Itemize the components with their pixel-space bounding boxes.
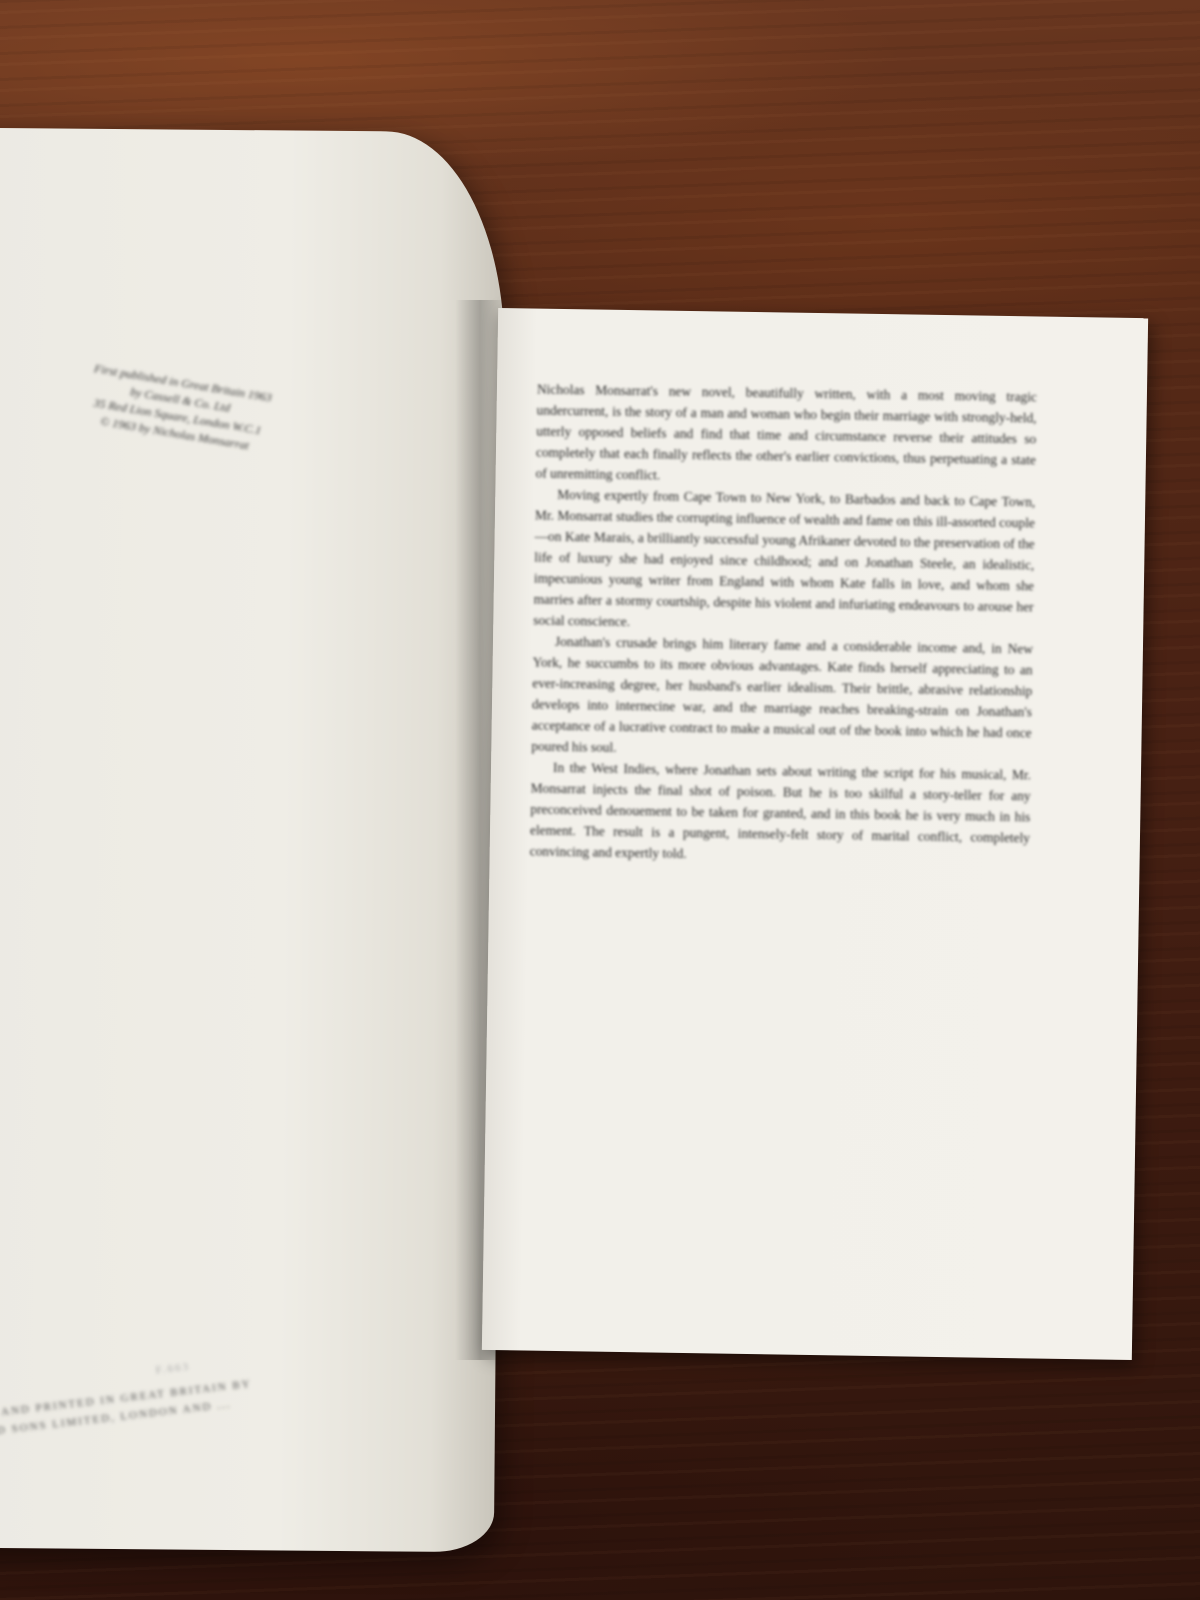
blurb-paragraph: Nicholas Monsarrat's new novel, beautifu… (535, 379, 1037, 492)
blurb-paragraph: In the West Indies, where Jonathan sets … (530, 757, 1032, 870)
book-blurb: Nicholas Monsarrat's new novel, beautifu… (530, 379, 1038, 870)
blurb-paragraph: Moving expertly from Cape Town to New Yo… (533, 484, 1035, 639)
right-page: Nicholas Monsarrat's new novel, beautifu… (482, 308, 1148, 1360)
blurb-paragraph: Jonathan's crusade brings him literary f… (531, 631, 1033, 765)
copyright-imprint: First published in Great Britain 1963 by… (10, 348, 347, 470)
printer-note: F.663 MADE AND PRINTED IN GREAT BRITAIN … (0, 1335, 397, 1444)
left-page: First published in Great Britain 1963 by… (0, 128, 506, 1553)
